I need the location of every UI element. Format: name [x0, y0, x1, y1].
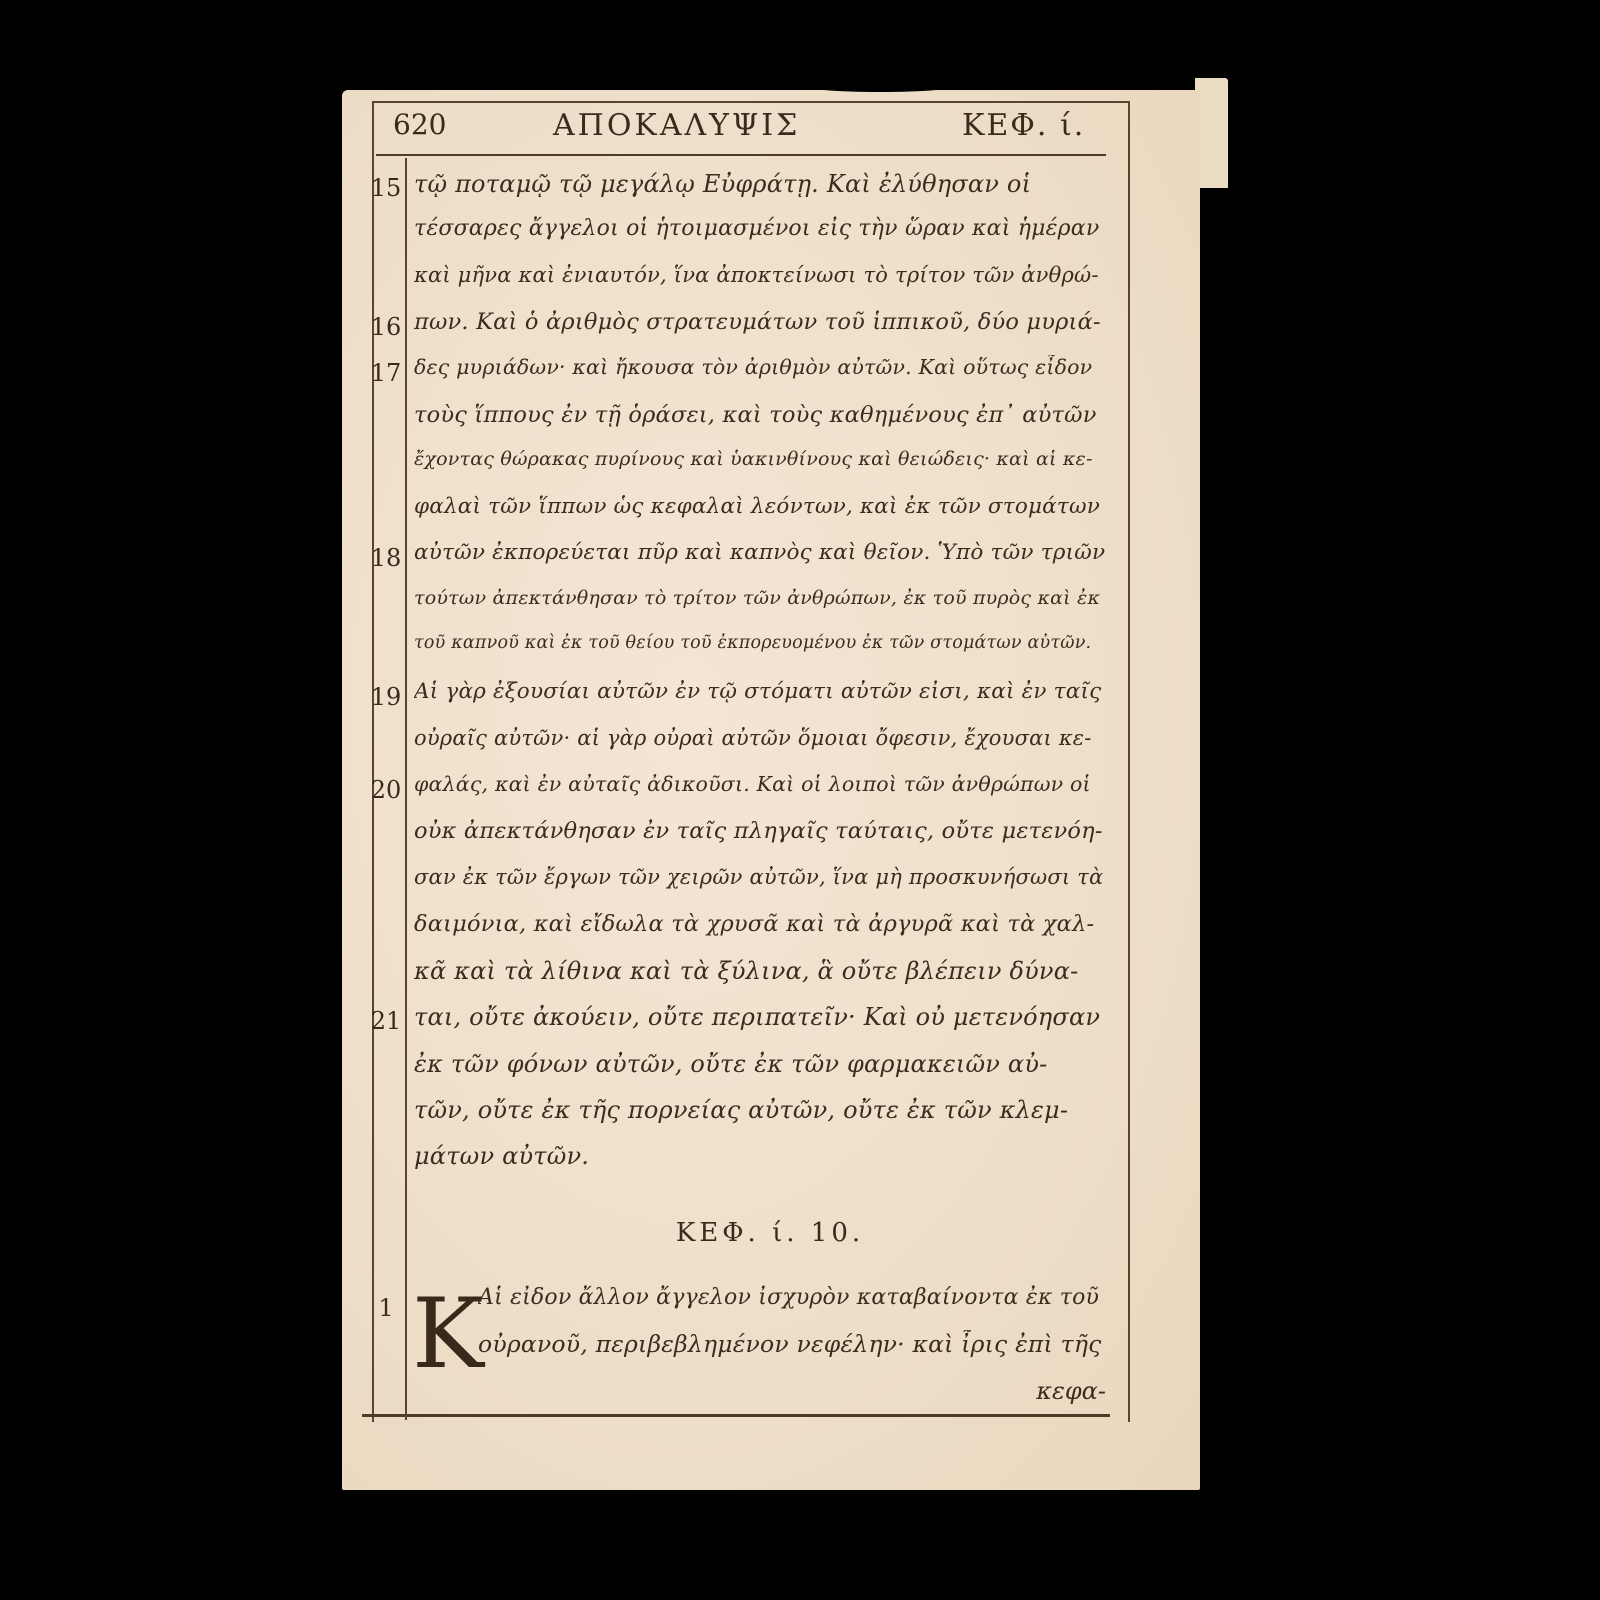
text-line: ἐκ τῶν φόνων αὐτῶν, οὔτε ἐκ τῶν φαρμακει… — [414, 1050, 1106, 1090]
text-line: τῷ ποταμῷ τῷ μεγάλῳ Εὐφράτῃ. Καὶ ἐλύθησα… — [414, 170, 1106, 210]
chapter-heading: ΚΕΦ. ί. 10. — [600, 1218, 940, 1248]
chapter-label: ΚΕΦ. ί. — [962, 108, 1085, 143]
verse-number: 18 — [368, 544, 404, 572]
running-title: ΑΠΟΚΑΛΥΨΙΣ — [553, 108, 800, 143]
page-top-notch — [800, 78, 960, 92]
text-line: τοὺς ἵππους ἐν τῇ ὁράσει, καὶ τοὺς καθημ… — [414, 402, 1106, 442]
text-line: οὐρανοῦ, περιβεβλημένον νεφέλην· καὶ ἶρι… — [478, 1330, 1106, 1370]
text-line: Αἱ εἶδον ἄλλον ἄγγελον ἰσχυρὸν καταβαίνο… — [478, 1285, 1106, 1325]
text-line: μάτων αὐτῶν. — [414, 1142, 1106, 1182]
verse-number: 16 — [368, 313, 404, 341]
text-line: ἔχοντας θώρακας πυρίνους καὶ ὑακινθίνους… — [414, 448, 1106, 488]
header-rule — [376, 154, 1106, 156]
text-line: καὶ μῆνα καὶ ἐνιαυτόν, ἵνα ἀποκτείνωσι τ… — [414, 263, 1106, 303]
text-line: ται, οὔτε ἀκούειν, οὔτε περιπατεῖν· Καὶ … — [414, 1003, 1106, 1043]
text-line: δες μυριάδων· καὶ ἤκουσα τὸν ἀριθμὸν αὐτ… — [414, 355, 1106, 395]
verse-number: 15 — [368, 174, 404, 202]
verse-number: 1 — [368, 1294, 404, 1322]
text-line: φαλάς, καὶ ἐν αὐταῖς ἀδικοῦσι. Καὶ οἱ λο… — [414, 772, 1106, 812]
frame-bottom-rule — [362, 1414, 1110, 1417]
text-line: τοῦ καπνοῦ καὶ ἐκ τοῦ θείου τοῦ ἐκπορευο… — [414, 633, 1106, 673]
text-line: τούτων ἀπεκτάνθησαν τὸ τρίτον τῶν ἀνθρώπ… — [414, 587, 1106, 627]
text-line: τῶν, οὔτε ἐκ τῆς πορνείας αὐτῶν, οὔτε ἐκ… — [414, 1096, 1106, 1136]
text-line: αὐτῶν ἐκπορεύεται πῦρ καὶ καπνὸς καὶ θεῖ… — [414, 540, 1106, 580]
verse-number: 17 — [368, 359, 404, 387]
text-line: κᾶ καὶ τὰ λίθινα καὶ τὰ ξύλινα, ἃ οὔτε β… — [414, 957, 1106, 997]
page-number: 620 — [393, 108, 446, 141]
text-line: δαιμόνια, καὶ εἴδωλα τὰ χρυσᾶ καὶ τὰ ἀργ… — [414, 911, 1106, 951]
verse-number: 21 — [368, 1007, 404, 1035]
verse-number: 20 — [368, 776, 404, 804]
text-line: οὐκ ἀπεκτάνθησαν ἐν ταῖς πληγαῖς ταύταις… — [414, 818, 1106, 858]
text-line: τέσσαρες ἄγγελοι οἱ ἡτοιμασμένοι εἰς τὴν… — [414, 216, 1106, 256]
text-line: πων. Καὶ ὁ ἀριθμὸς στρατευμάτων τοῦ ἱππι… — [414, 309, 1106, 349]
catchword: κεφα- — [1020, 1377, 1106, 1405]
verse-column-rule — [405, 158, 407, 1420]
text-line: οὐραῖς αὐτῶν· αἱ γὰρ οὐραὶ αὐτῶν ὅμοιαι … — [414, 726, 1106, 766]
text-line: Αἱ γὰρ ἐξουσίαι αὐτῶν ἐν τῷ στόματι αὐτῶ… — [414, 679, 1106, 719]
drop-cap: Κ — [412, 1286, 484, 1382]
text-line: φαλαὶ τῶν ἵππων ὡς κεφαλαὶ λεόντων, καὶ … — [414, 494, 1106, 534]
text-line: σαν ἐκ τῶν ἔργων τῶν χειρῶν αὐτῶν, ἵνα μ… — [414, 865, 1106, 905]
verse-number: 19 — [368, 683, 404, 711]
